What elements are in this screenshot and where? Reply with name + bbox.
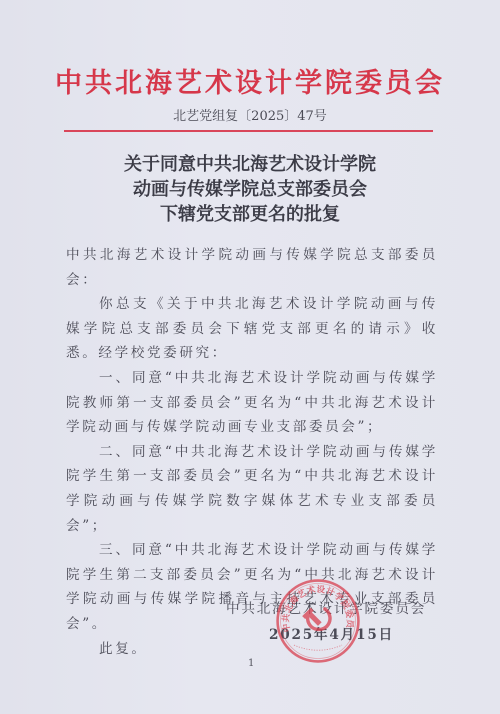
page-number: 1 bbox=[248, 658, 254, 669]
approval-item-2: 二、同意“中共北海艺术设计学院动画与传媒学院学生第一支部委员会”更名为“中共北海… bbox=[66, 440, 438, 538]
hammer-sickle-icon bbox=[302, 608, 330, 630]
document-number: 北艺党组复〔2025〕47号 bbox=[0, 108, 500, 126]
title-line-3: 下辖党支部更名的批复 bbox=[0, 202, 500, 227]
salutation: 中共北海艺术设计学院动画与传媒学院总支部委员会： bbox=[66, 243, 438, 292]
approval-item-1: 一、同意“中共北海艺术设计学院动画与传媒学院教师第一支部委员会”更名为“中共北海… bbox=[66, 366, 438, 440]
red-separator-rule bbox=[64, 130, 433, 132]
title-line-1: 关于同意中共北海艺术设计学院 bbox=[0, 152, 500, 177]
title-line-2: 动画与传媒学院总支部委员会 bbox=[0, 177, 500, 202]
seal-ring-text: 中共北海艺术设计学院委员会 bbox=[275, 578, 356, 633]
document-page: 中共北海艺术设计学院委员会 北艺党组复〔2025〕47号 关于同意中共北海艺术设… bbox=[0, 0, 500, 714]
issuing-organization-header: 中共北海艺术设计学院委员会 bbox=[0, 64, 500, 104]
document-title: 关于同意中共北海艺术设计学院 动画与传媒学院总支部委员会 下辖党支部更名的批复 bbox=[0, 152, 500, 227]
official-seal-icon: 中共北海艺术设计学院委员会 bbox=[275, 578, 361, 664]
svg-text:中共北海艺术设计学院委员会: 中共北海艺术设计学院委员会 bbox=[275, 578, 356, 633]
intro-paragraph: 你总支《关于中共北海艺术设计学院动画与传媒学院总支部委员会下辖党支部更名的请示》… bbox=[66, 292, 438, 366]
